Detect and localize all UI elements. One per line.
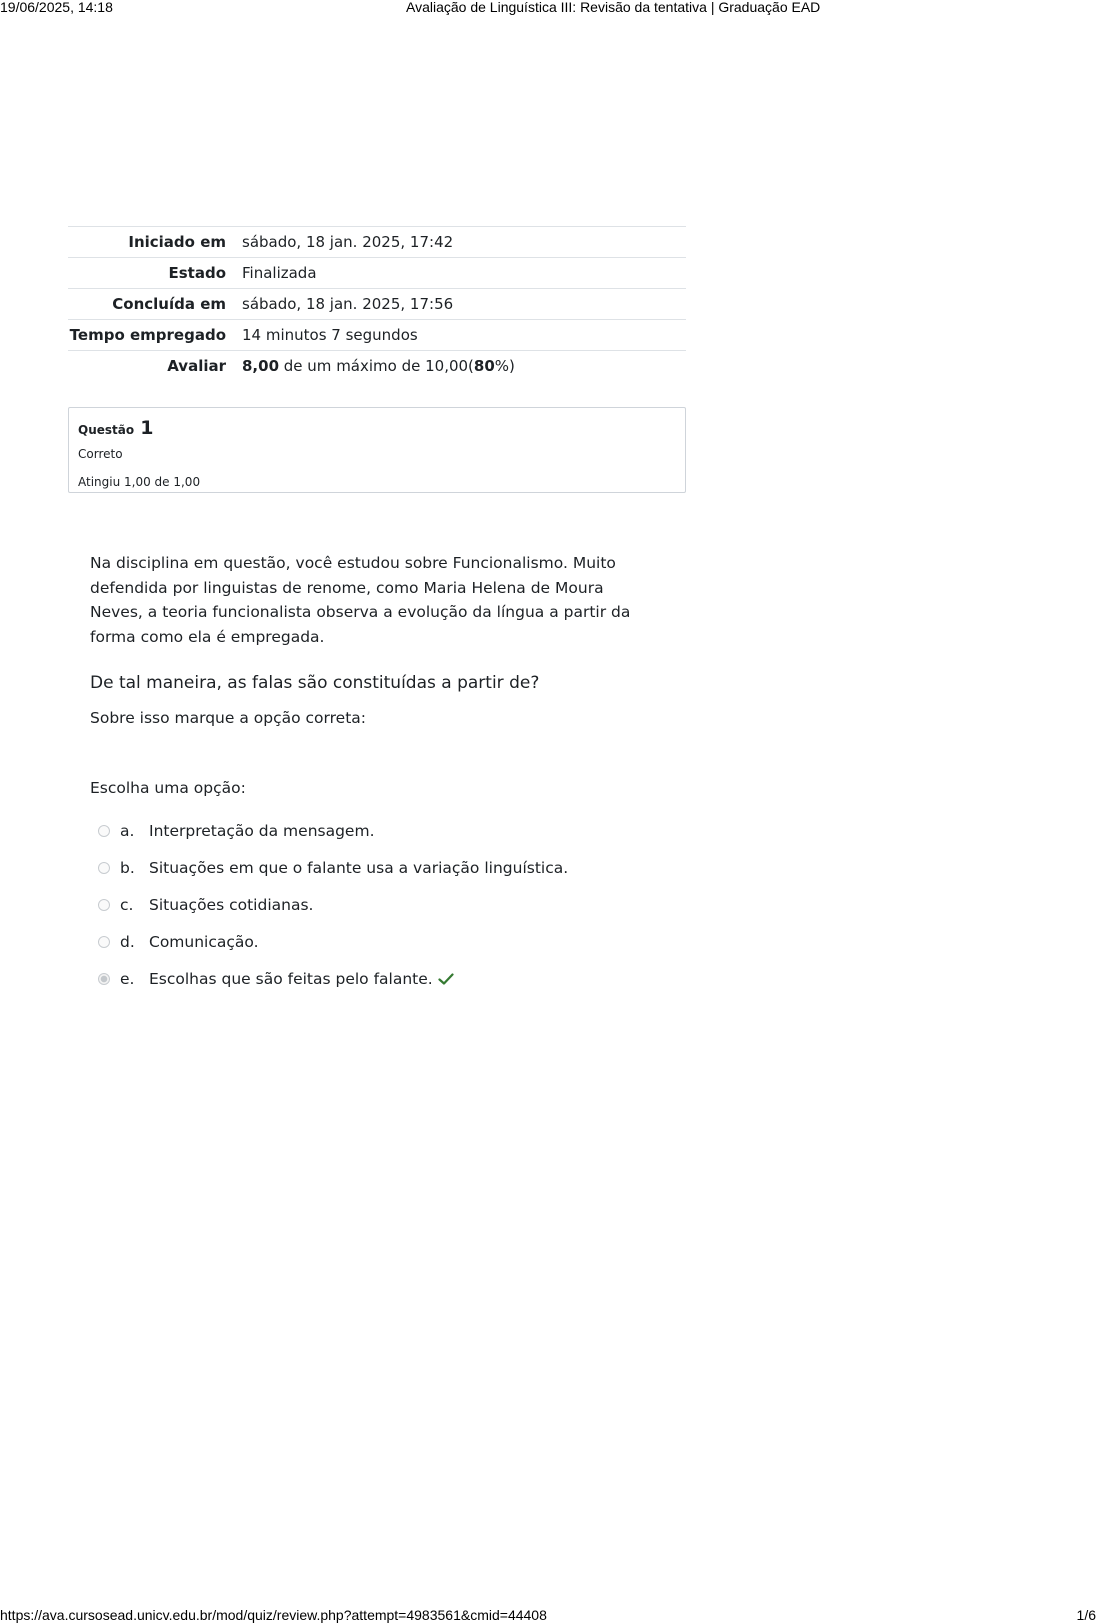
answer-option-d[interactable]: d. Comunicação.	[98, 923, 568, 960]
grade-middle: de um máximo de 10,00(	[279, 357, 474, 375]
answer-text: Escolhas que são feitas pelo falante.	[149, 970, 433, 988]
question-number: Questão 1	[78, 417, 154, 439]
radio-button[interactable]	[98, 825, 110, 837]
question-subquestion: De tal maneira, as falas são constituída…	[90, 673, 539, 693]
answer-option-b[interactable]: b. Situações em que o falante usa a vari…	[98, 849, 568, 886]
summary-grade-value: 8,00 de um máximo de 10,00(80%)	[234, 351, 686, 382]
answer-letter: a.	[120, 822, 149, 840]
summary-label: Avaliar	[68, 351, 234, 382]
grade-suffix: %)	[495, 357, 515, 375]
summary-row-grade: Avaliar 8,00 de um máximo de 10,00(80%)	[68, 351, 686, 382]
answer-letter: e.	[120, 970, 149, 988]
grade-percent: 80	[474, 357, 495, 375]
summary-row-completed: Concluída em sábado, 18 jan. 2025, 17:56	[68, 289, 686, 320]
summary-value: Finalizada	[234, 258, 686, 289]
print-page-number: 1/6	[1077, 1607, 1096, 1624]
summary-value: sábado, 18 jan. 2025, 17:42	[234, 227, 686, 258]
summary-label: Tempo empregado	[68, 320, 234, 351]
summary-value: sábado, 18 jan. 2025, 17:56	[234, 289, 686, 320]
radio-button[interactable]	[98, 862, 110, 874]
summary-row-state: Estado Finalizada	[68, 258, 686, 289]
question-number-value: 1	[140, 417, 153, 439]
question-instruction: Sobre isso marque a opção correta:	[90, 709, 366, 727]
answer-text: Situações cotidianas.	[149, 896, 313, 914]
summary-value: 14 minutos 7 segundos	[234, 320, 686, 351]
answer-text: Interpretação da mensagem.	[149, 822, 375, 840]
question-text: Na disciplina em questão, você estudou s…	[90, 551, 660, 649]
summary-label: Concluída em	[68, 289, 234, 320]
summary-label: Estado	[68, 258, 234, 289]
attempt-summary-table: Iniciado em sábado, 18 jan. 2025, 17:42 …	[68, 226, 686, 381]
print-page-title: Avaliação de Linguística III: Revisão da…	[406, 0, 820, 15]
answer-letter: c.	[120, 896, 149, 914]
summary-label: Iniciado em	[68, 227, 234, 258]
summary-row-started: Iniciado em sábado, 18 jan. 2025, 17:42	[68, 227, 686, 258]
question-label: Questão	[78, 423, 134, 437]
answer-option-c[interactable]: c. Situações cotidianas.	[98, 886, 568, 923]
answer-letter: d.	[120, 933, 149, 951]
answer-prompt: Escolha uma opção:	[90, 779, 246, 797]
radio-button-selected[interactable]	[98, 973, 110, 985]
answer-text: Situações em que o falante usa a variaçã…	[149, 859, 568, 877]
answer-option-e[interactable]: e. Escolhas que são feitas pelo falante.	[98, 960, 568, 997]
grade-score: 8,00	[242, 357, 279, 375]
question-info-box: Questão 1 Correto Atingiu 1,00 de 1,00	[68, 407, 686, 493]
print-footer: https://ava.cursosead.unicv.edu.br/mod/q…	[0, 1607, 1096, 1624]
print-datetime: 19/06/2025, 14:18	[0, 0, 113, 15]
answer-option-a[interactable]: a. Interpretação da mensagem.	[98, 812, 568, 849]
radio-button[interactable]	[98, 936, 110, 948]
answer-options: a. Interpretação da mensagem. b. Situaçõ…	[98, 812, 568, 997]
question-grade: Atingiu 1,00 de 1,00	[78, 475, 200, 489]
print-header: 19/06/2025, 14:18 Avaliação de Linguísti…	[0, 0, 1096, 16]
print-url: https://ava.cursosead.unicv.edu.br/mod/q…	[0, 1607, 547, 1624]
answer-text: Comunicação.	[149, 933, 259, 951]
check-icon	[438, 972, 454, 986]
summary-row-time-taken: Tempo empregado 14 minutos 7 segundos	[68, 320, 686, 351]
radio-button[interactable]	[98, 899, 110, 911]
question-state: Correto	[78, 447, 123, 461]
answer-letter: b.	[120, 859, 149, 877]
